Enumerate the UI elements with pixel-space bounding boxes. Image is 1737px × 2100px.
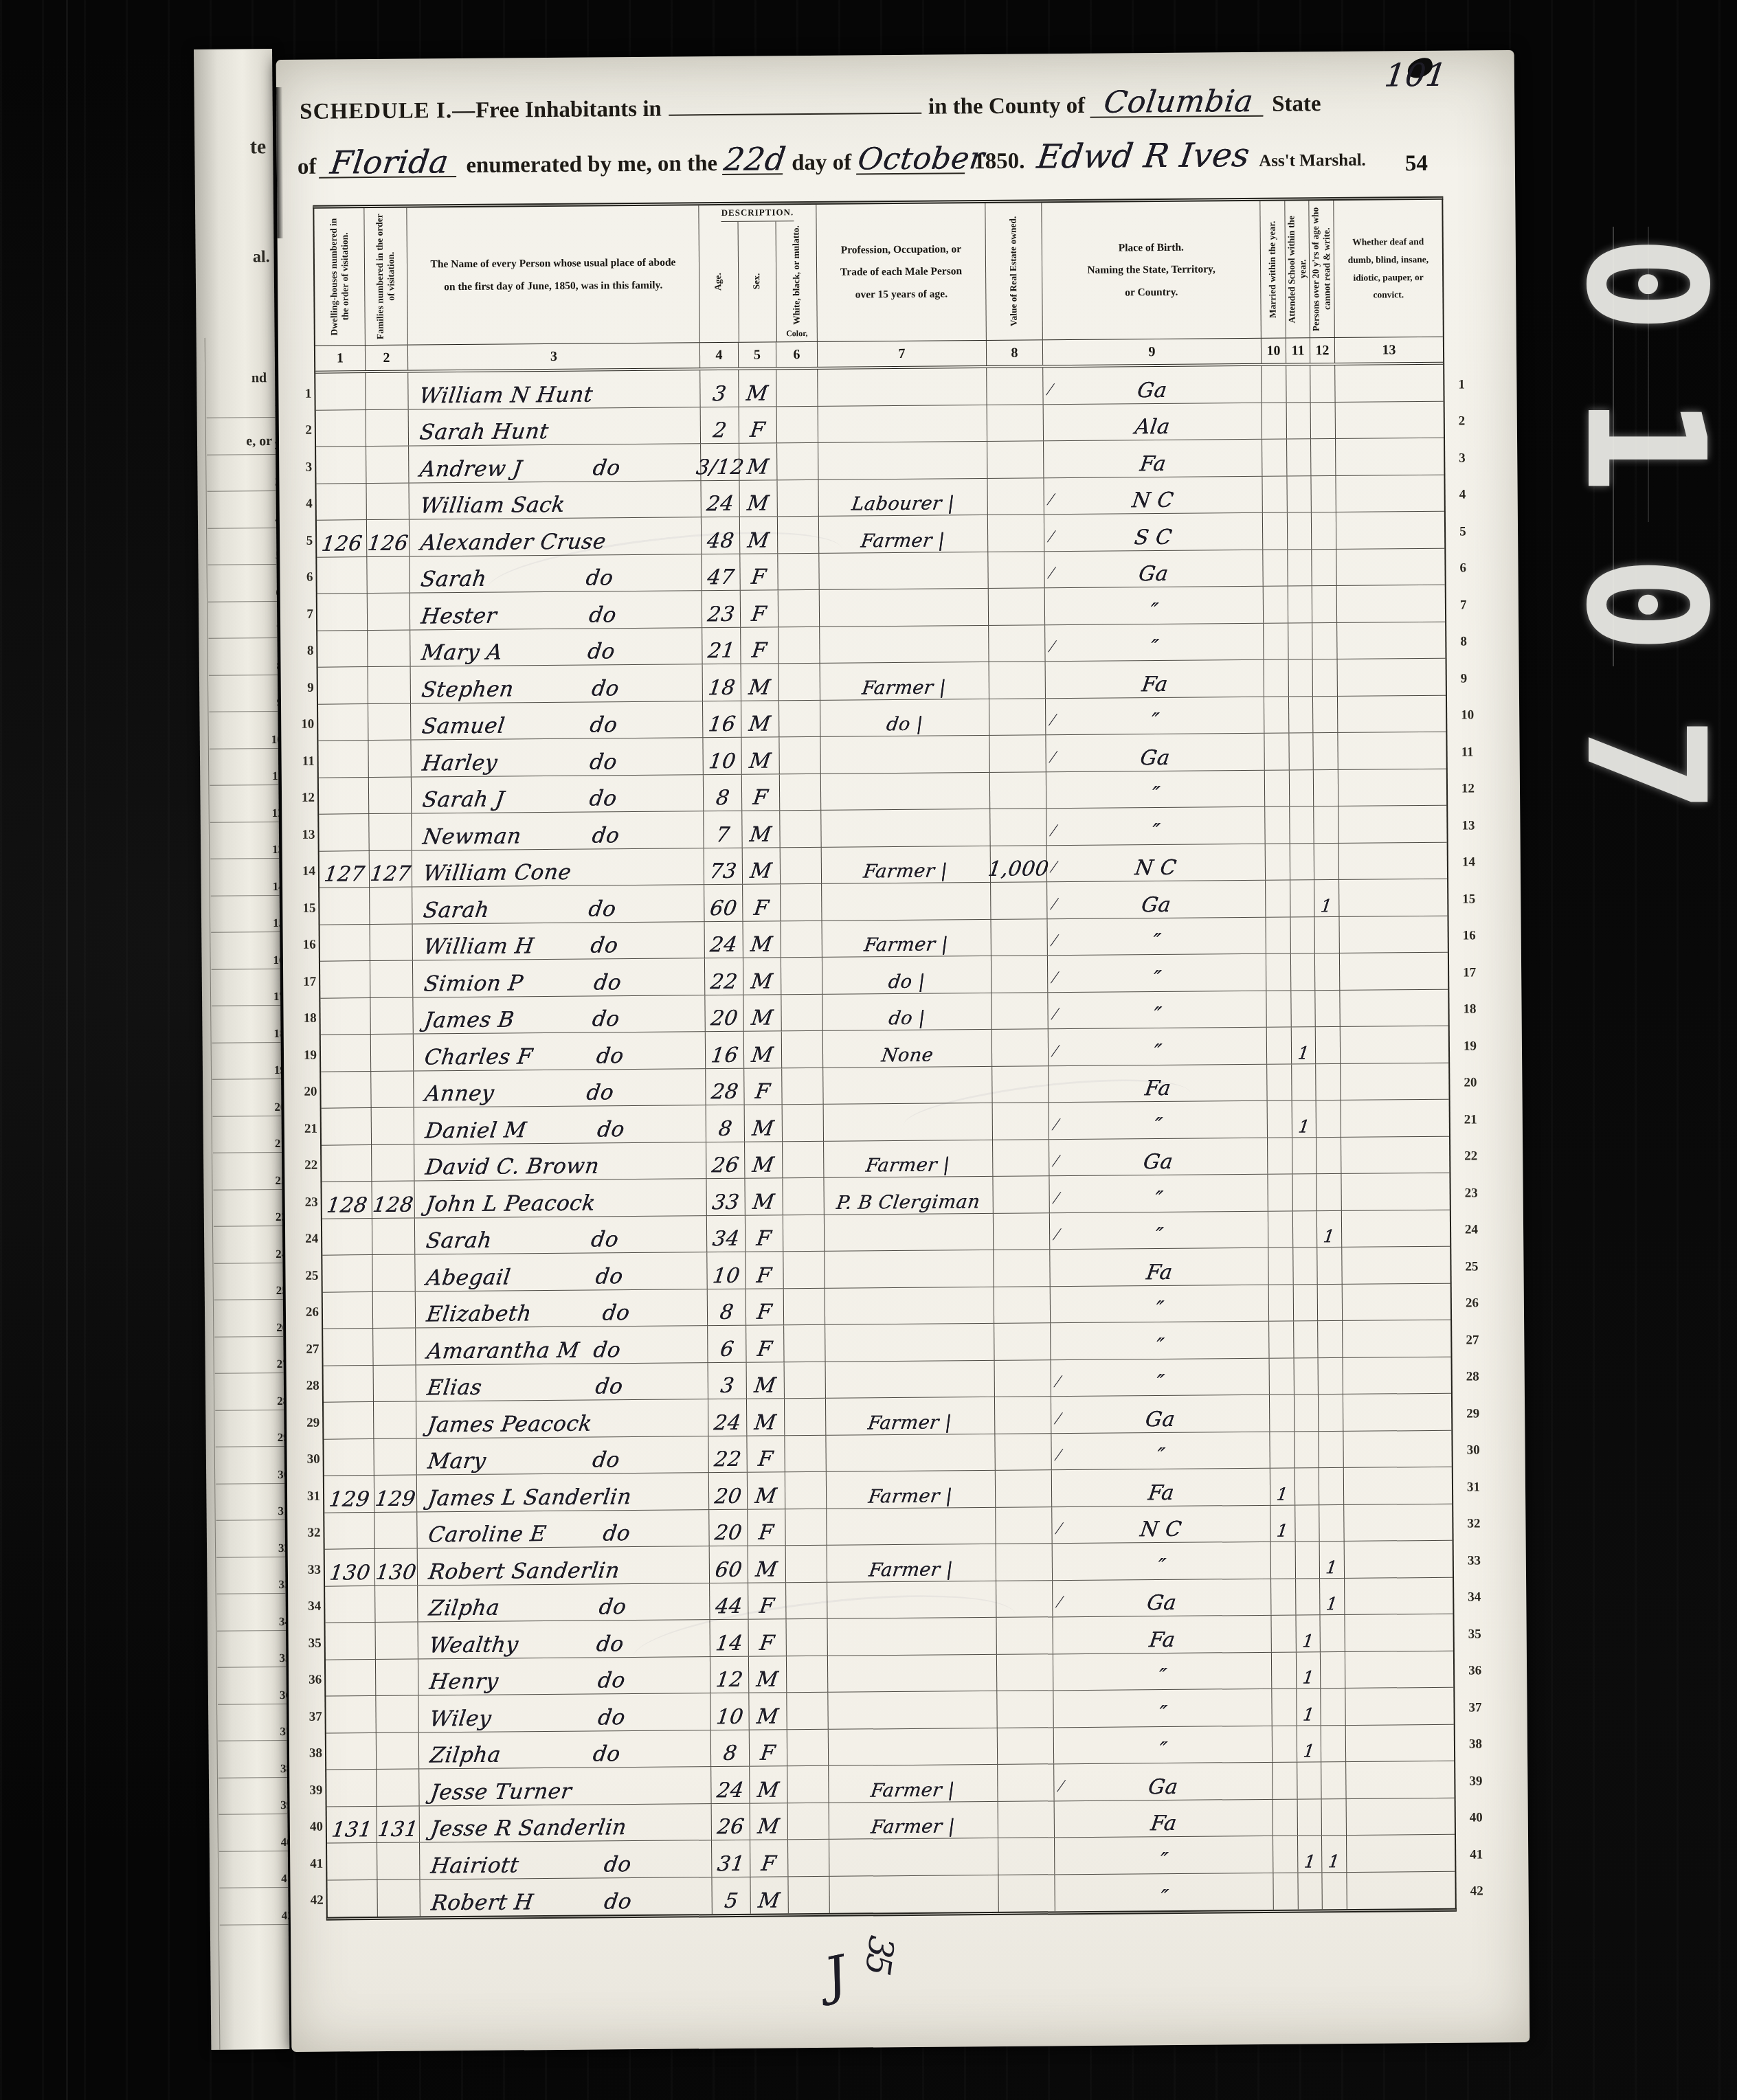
cell-color bbox=[779, 774, 820, 810]
printed-page-number: 54 bbox=[1405, 151, 1428, 177]
cell-birthplace: ⁄″ bbox=[1046, 807, 1264, 845]
cell-occupation bbox=[825, 1287, 994, 1324]
cell-attended-school bbox=[1287, 512, 1311, 549]
cell-family-number bbox=[368, 667, 410, 703]
cell-deaf-dumb-remarks bbox=[1346, 1835, 1455, 1872]
cell-attended-school bbox=[1295, 1505, 1319, 1542]
cell-family-number bbox=[376, 1770, 418, 1806]
column-header-dwelling-number: Dwelling-houses numbered in the order of… bbox=[314, 208, 365, 346]
cell-deaf-dumb-remarks bbox=[1346, 1798, 1455, 1835]
cell-color bbox=[781, 958, 822, 994]
description-label: DESCRIPTION. bbox=[721, 205, 794, 221]
cell-age: 6 bbox=[707, 1326, 746, 1362]
birthplace-tick: ⁄ bbox=[1055, 1188, 1059, 1208]
cell-family-number bbox=[373, 1365, 416, 1401]
cell-birthplace: ⁄Ga bbox=[1051, 1395, 1269, 1433]
cell-color bbox=[783, 1252, 824, 1288]
cell-name: William H do bbox=[412, 922, 704, 960]
strip-rule-line bbox=[210, 858, 279, 859]
cell-family-number bbox=[368, 814, 411, 850]
cell-married-within-year bbox=[1265, 844, 1290, 880]
cell-family-number bbox=[369, 888, 412, 924]
page-fragment-text: al. bbox=[253, 248, 270, 267]
cell-sex: F bbox=[746, 1436, 784, 1472]
cell-occupation: Farmer | bbox=[825, 1397, 994, 1434]
cell-attended-school bbox=[1290, 844, 1314, 880]
cell-real-estate-value bbox=[996, 1691, 1053, 1727]
cell-family-number bbox=[372, 1329, 415, 1365]
cell-deaf-dumb-remarks bbox=[1336, 622, 1445, 659]
row-number-left: 23 bbox=[294, 1180, 317, 1217]
cell-deaf-dumb-remarks bbox=[1340, 1026, 1448, 1063]
strip-rule-line bbox=[210, 821, 279, 822]
cell-married-within-year bbox=[1266, 1064, 1291, 1100]
cell-married-within-year bbox=[1269, 1432, 1294, 1468]
cell-family-number bbox=[368, 703, 410, 740]
strip-rule-line bbox=[213, 1188, 282, 1190]
cell-occupation bbox=[818, 442, 987, 479]
cell-cannot-read-write bbox=[1313, 770, 1338, 806]
cell-name: Amarantha M do bbox=[415, 1326, 707, 1364]
cell-color bbox=[778, 737, 820, 774]
cell-real-estate-value bbox=[989, 662, 1045, 698]
cell-real-estate-value bbox=[993, 1250, 1049, 1286]
schedule-title: SCHEDULE I.— bbox=[300, 98, 475, 125]
cell-age: 8 bbox=[706, 1105, 744, 1142]
row-number-right: 39 bbox=[1469, 1759, 1497, 1796]
cell-deaf-dumb-remarks bbox=[1344, 1614, 1453, 1651]
birthplace-tick: ⁄ bbox=[1050, 489, 1053, 510]
cell-name: John L Peacock bbox=[414, 1179, 706, 1217]
cell-family-number bbox=[375, 1696, 418, 1732]
cell-attended-school bbox=[1297, 1873, 1321, 1910]
row-number-left: 41 bbox=[300, 1842, 323, 1879]
cell-real-estate-value bbox=[987, 515, 1044, 551]
cell-age: 10 bbox=[706, 1252, 745, 1289]
cell-family-number bbox=[372, 1255, 414, 1291]
cell-attended-school bbox=[1286, 439, 1310, 475]
cell-name: Anney do bbox=[413, 1069, 705, 1107]
cell-occupation: P. B Clergiman bbox=[823, 1177, 992, 1214]
cell-sex: M bbox=[746, 1362, 784, 1399]
schedule-header-line2: of Florida enumerated by me, on the 22d … bbox=[298, 135, 1366, 182]
cell-dwelling-number bbox=[317, 557, 366, 594]
row-number-right: 33 bbox=[1468, 1538, 1495, 1575]
row-number-right: 2 bbox=[1459, 399, 1486, 436]
cell-real-estate-value bbox=[996, 1617, 1052, 1653]
cell-name: Zilpha do bbox=[417, 1583, 709, 1622]
cell-birthplace: ″ bbox=[1053, 1652, 1271, 1690]
strip-rule-line bbox=[214, 1262, 282, 1263]
cell-dwelling-number bbox=[326, 1770, 376, 1806]
cell-dwelling-number bbox=[324, 1513, 374, 1549]
birthplace-tick: ⁄ bbox=[1050, 563, 1053, 583]
right-row-numbers: 1234567891011121314151617181920212223242… bbox=[1458, 362, 1498, 1906]
cell-birthplace: ⁄″ bbox=[1047, 954, 1266, 992]
strip-rule-line bbox=[218, 1667, 287, 1668]
column-header-family-number: Families numbered in the order of visita… bbox=[363, 208, 407, 345]
cell-age: 31 bbox=[711, 1840, 750, 1877]
cell-dwelling-number bbox=[325, 1586, 374, 1623]
cell-name: Zilpha do bbox=[418, 1730, 710, 1769]
cell-color bbox=[784, 1399, 825, 1435]
cell-cannot-read-write bbox=[1312, 586, 1336, 622]
cell-married-within-year bbox=[1270, 1616, 1295, 1652]
cell-cannot-read-write bbox=[1316, 1138, 1341, 1174]
cell-real-estate-value bbox=[993, 1213, 1049, 1250]
row-number-left: 5 bbox=[289, 519, 313, 556]
cell-sex: F bbox=[740, 590, 778, 626]
birthplace-tick: ⁄ bbox=[1053, 930, 1057, 951]
cell-married-within-year bbox=[1266, 991, 1290, 1027]
cell-color bbox=[787, 1729, 828, 1765]
row-number-left: 38 bbox=[299, 1731, 322, 1768]
cell-age: 48 bbox=[701, 517, 739, 554]
cell-color bbox=[778, 626, 819, 663]
cell-real-estate-value bbox=[991, 956, 1047, 992]
cell-cannot-read-write bbox=[1316, 1100, 1341, 1137]
cell-attended-school: 1 bbox=[1291, 1027, 1315, 1063]
cell-age: 34 bbox=[706, 1215, 745, 1252]
cell-sex: M bbox=[744, 1142, 782, 1178]
cell-age: 60 bbox=[704, 885, 742, 921]
cell-occupation bbox=[827, 1581, 996, 1618]
cell-color bbox=[785, 1546, 827, 1582]
cell-family-number: 127 bbox=[369, 850, 412, 887]
cell-married-within-year bbox=[1264, 660, 1288, 697]
row-number-left: 12 bbox=[291, 776, 315, 813]
column-number: 7 bbox=[817, 341, 986, 367]
cell-deaf-dumb-remarks bbox=[1345, 1688, 1453, 1725]
birthplace-tick: ⁄ bbox=[1051, 710, 1055, 730]
cell-name: Andrew J do bbox=[408, 444, 700, 482]
row-number-right: 15 bbox=[1462, 877, 1490, 914]
cell-occupation bbox=[829, 1875, 998, 1912]
cell-occupation bbox=[818, 552, 987, 589]
column-number: 1 bbox=[315, 346, 365, 371]
row-number-right: 17 bbox=[1463, 950, 1490, 987]
strip-rule-line bbox=[218, 1740, 287, 1741]
row-number-right: 23 bbox=[1464, 1171, 1492, 1208]
strip-rule-line bbox=[214, 1335, 283, 1337]
cell-birthplace: ″ bbox=[1050, 1285, 1268, 1322]
cell-deaf-dumb-remarks bbox=[1335, 438, 1444, 475]
cell-dwelling-number: 128 bbox=[322, 1182, 371, 1218]
cell-family-number bbox=[371, 1144, 414, 1181]
cell-dwelling-number bbox=[327, 1843, 377, 1879]
cell-real-estate-value bbox=[997, 1764, 1053, 1800]
cell-color bbox=[781, 921, 822, 957]
month-handwritten: October bbox=[856, 145, 969, 174]
cell-married-within-year: 1 bbox=[1270, 1469, 1295, 1505]
cell-color bbox=[783, 1215, 824, 1251]
cell-color bbox=[785, 1619, 827, 1656]
cell-age: 22 bbox=[708, 1436, 746, 1472]
cell-sex: M bbox=[741, 737, 778, 774]
strip-row-number: 36 bbox=[280, 1688, 290, 1702]
cell-birthplace: ⁄″ bbox=[1051, 1358, 1269, 1396]
cell-real-estate-value bbox=[992, 1140, 1049, 1176]
row-number-right: 7 bbox=[1460, 583, 1488, 620]
row-number-left: 22 bbox=[294, 1143, 317, 1180]
cell-birthplace: ⁄″ bbox=[1049, 1211, 1268, 1249]
day-handwritten: 22d bbox=[722, 145, 787, 175]
strip-rule-line bbox=[217, 1629, 286, 1631]
cell-deaf-dumb-remarks bbox=[1342, 1320, 1450, 1357]
row-number-right: 16 bbox=[1462, 914, 1490, 951]
row-number-left: 1 bbox=[288, 372, 311, 409]
cell-dwelling-number: 129 bbox=[324, 1476, 374, 1512]
cell-name: Caroline E do bbox=[416, 1510, 708, 1548]
row-number-left: 31 bbox=[297, 1474, 320, 1511]
cell-attended-school: 1 bbox=[1295, 1615, 1319, 1651]
cell-family-number: 131 bbox=[377, 1806, 419, 1842]
cell-cannot-read-write bbox=[1320, 1689, 1345, 1725]
row-number-right: 10 bbox=[1461, 693, 1488, 730]
cell-deaf-dumb-remarks bbox=[1336, 548, 1444, 585]
cell-dwelling-number bbox=[323, 1329, 372, 1365]
cell-sex: M bbox=[742, 848, 780, 884]
cell-name: Wealthy do bbox=[418, 1620, 710, 1658]
cell-real-estate-value bbox=[994, 1360, 1051, 1397]
strip-rule-line bbox=[217, 1593, 286, 1594]
row-number-right: 9 bbox=[1461, 656, 1488, 693]
cell-cannot-read-write bbox=[1319, 1468, 1343, 1504]
cell-birthplace: ⁄Ga bbox=[1042, 366, 1261, 404]
marshal-signature-handwritten: Edwd R Ives bbox=[1035, 136, 1252, 176]
row-number-right: 13 bbox=[1461, 803, 1489, 840]
state-label: State bbox=[1272, 91, 1321, 117]
row-number-right: 26 bbox=[1466, 1281, 1493, 1318]
cell-attended-school: 1 bbox=[1297, 1836, 1321, 1872]
cell-sex: F bbox=[742, 884, 780, 921]
cell-age: 22 bbox=[704, 958, 743, 995]
cell-dwelling-number bbox=[317, 594, 367, 630]
row-number-left: 21 bbox=[294, 1107, 317, 1144]
cell-real-estate-value bbox=[990, 919, 1046, 956]
cell-married-within-year bbox=[1268, 1211, 1292, 1247]
cell-name: Elias do bbox=[416, 1363, 708, 1401]
row-number-right: 27 bbox=[1466, 1318, 1493, 1355]
cell-dwelling-number bbox=[320, 888, 369, 924]
schedule-subtitle: Free Inhabitants in bbox=[475, 97, 662, 124]
cell-deaf-dumb-remarks bbox=[1344, 1577, 1453, 1614]
cell-name: Harley do bbox=[410, 738, 702, 776]
cell-cannot-read-write bbox=[1316, 1247, 1341, 1284]
strip-rule-line bbox=[216, 1520, 285, 1521]
cell-deaf-dumb-remarks bbox=[1341, 1100, 1449, 1137]
cell-married-within-year bbox=[1269, 1395, 1294, 1432]
birthplace-tick: ⁄ bbox=[1060, 1776, 1063, 1796]
census-table: Dwelling-houses numbered in the order of… bbox=[313, 196, 1457, 1921]
cell-name: William Sack bbox=[408, 481, 700, 519]
cell-cannot-read-write bbox=[1312, 697, 1337, 733]
cell-cannot-read-write bbox=[1318, 1431, 1343, 1467]
cell-occupation bbox=[820, 809, 989, 846]
cell-married-within-year bbox=[1268, 1248, 1292, 1285]
cell-age: 23 bbox=[702, 591, 740, 627]
cell-sex: M bbox=[743, 1031, 781, 1068]
cell-married-within-year bbox=[1268, 1322, 1293, 1358]
cell-real-estate-value bbox=[997, 1728, 1053, 1764]
cell-birthplace: ⁄″ bbox=[1046, 917, 1265, 955]
birthplace-tick: ⁄ bbox=[1051, 636, 1054, 657]
strip-rule-line bbox=[220, 1923, 289, 1925]
cell-birthplace: Fa bbox=[1049, 1248, 1268, 1286]
cell-age: 24 bbox=[704, 921, 743, 958]
cell-cannot-read-write bbox=[1311, 550, 1336, 586]
row-number-right: 25 bbox=[1465, 1244, 1492, 1281]
cell-deaf-dumb-remarks bbox=[1343, 1430, 1451, 1467]
cell-deaf-dumb-remarks bbox=[1345, 1761, 1454, 1798]
cell-occupation bbox=[824, 1213, 993, 1250]
strip-row-number: 42 bbox=[282, 1908, 290, 1922]
row-number-left: 2 bbox=[289, 408, 312, 445]
cell-color bbox=[784, 1362, 825, 1398]
cell-occupation bbox=[829, 1838, 998, 1875]
row-number-left: 35 bbox=[298, 1621, 321, 1658]
cell-sex: M bbox=[743, 958, 781, 994]
blank-locality-line bbox=[669, 102, 921, 116]
row-number-right: 37 bbox=[1468, 1685, 1496, 1722]
cell-cannot-read-write bbox=[1319, 1615, 1344, 1651]
cell-age: 73 bbox=[704, 848, 742, 884]
cell-occupation bbox=[828, 1728, 997, 1765]
cell-cannot-read-write bbox=[1314, 844, 1338, 880]
cell-color bbox=[776, 479, 818, 516]
cell-name: Robert H do bbox=[419, 1877, 711, 1917]
cell-attended-school bbox=[1290, 880, 1314, 916]
cell-deaf-dumb-remarks bbox=[1341, 1173, 1449, 1210]
cell-name: James L Sanderlin bbox=[416, 1473, 708, 1511]
cell-color bbox=[778, 590, 819, 626]
strip-rule-line bbox=[219, 1887, 288, 1888]
cell-age: 14 bbox=[709, 1620, 748, 1656]
cell-family-number bbox=[375, 1659, 418, 1695]
cell-cannot-read-write: 1 bbox=[1316, 1210, 1341, 1247]
cell-married-within-year bbox=[1272, 1726, 1297, 1762]
cell-married-within-year bbox=[1264, 770, 1289, 806]
cell-color bbox=[779, 811, 820, 847]
cell-sex: M bbox=[741, 701, 778, 737]
row-number-left: 24 bbox=[295, 1217, 318, 1254]
cell-family-number bbox=[374, 1512, 416, 1548]
cell-real-estate-value bbox=[987, 441, 1043, 477]
cell-real-estate-value bbox=[991, 1029, 1048, 1065]
cell-color bbox=[785, 1472, 826, 1509]
row-number-right: 24 bbox=[1465, 1208, 1492, 1245]
cell-family-number bbox=[368, 741, 410, 777]
strip-rule-line bbox=[210, 747, 278, 749]
cell-sex: M bbox=[744, 1105, 782, 1141]
strip-rule-line bbox=[212, 1079, 281, 1080]
cell-cannot-read-write bbox=[1318, 1395, 1343, 1431]
strip-rule-line bbox=[210, 784, 278, 786]
cell-real-estate-value bbox=[995, 1470, 1051, 1506]
strip-rule-line bbox=[209, 711, 278, 712]
cell-occupation bbox=[825, 1324, 994, 1361]
cell-attended-school bbox=[1288, 586, 1312, 622]
cell-dwelling-number bbox=[327, 1880, 377, 1917]
cell-color bbox=[784, 1435, 825, 1471]
cell-sex: M bbox=[749, 1766, 787, 1803]
cell-family-number bbox=[372, 1291, 415, 1328]
strip-rule-line bbox=[216, 1482, 284, 1484]
page-fragment-text: nd bbox=[251, 370, 267, 386]
cell-attended-school bbox=[1292, 1211, 1316, 1247]
cell-color bbox=[776, 443, 818, 479]
row-number-left: 16 bbox=[293, 923, 316, 960]
cell-real-estate-value bbox=[994, 1323, 1050, 1359]
cell-deaf-dumb-remarks bbox=[1335, 401, 1444, 438]
cell-occupation: do | bbox=[820, 699, 989, 736]
strip-row-number: 40 bbox=[281, 1835, 290, 1849]
cell-cannot-read-write bbox=[1310, 403, 1335, 439]
cell-sex: F bbox=[747, 1509, 785, 1546]
cell-color bbox=[783, 1325, 825, 1362]
row-number-left: 26 bbox=[295, 1290, 319, 1327]
birthplace-tick: ⁄ bbox=[1053, 894, 1056, 914]
cell-name: Sarah do bbox=[414, 1216, 706, 1254]
cell-dwelling-number: 131 bbox=[327, 1807, 377, 1843]
row-number-right: 42 bbox=[1470, 1869, 1497, 1906]
cell-name: Sarah do bbox=[409, 554, 701, 593]
cell-cannot-read-write: 1 bbox=[1321, 1836, 1346, 1872]
cell-dwelling-number bbox=[317, 631, 367, 667]
cell-sex: M bbox=[739, 480, 776, 517]
cell-deaf-dumb-remarks bbox=[1345, 1724, 1454, 1761]
cell-deaf-dumb-remarks bbox=[1343, 1357, 1451, 1394]
cell-cannot-read-write bbox=[1321, 1725, 1345, 1761]
cell-deaf-dumb-remarks bbox=[1336, 585, 1445, 622]
cell-occupation bbox=[827, 1654, 996, 1691]
strip-rule-line bbox=[212, 968, 280, 969]
marshal-title: Ass't Marshal. bbox=[1259, 151, 1366, 171]
column-number: 13 bbox=[1334, 337, 1443, 363]
cell-family-number bbox=[366, 483, 408, 519]
cell-birthplace: Fa bbox=[1054, 1799, 1273, 1837]
birthplace-tick: ⁄ bbox=[1057, 1445, 1061, 1465]
column-number: 11 bbox=[1286, 338, 1310, 363]
cell-deaf-dumb-remarks bbox=[1339, 989, 1448, 1026]
cell-dwelling-number bbox=[326, 1733, 376, 1770]
cell-attended-school bbox=[1289, 770, 1313, 806]
cell-birthplace: ⁄Ga bbox=[1046, 881, 1265, 918]
birthplace-tick: ⁄ bbox=[1055, 1114, 1058, 1135]
cell-married-within-year bbox=[1267, 1101, 1292, 1138]
cell-attended-school bbox=[1295, 1542, 1319, 1578]
cell-cannot-read-write: 1 bbox=[1319, 1542, 1344, 1578]
strip-rule-line bbox=[218, 1814, 287, 1815]
cell-name: Jesse R Sanderlin bbox=[419, 1804, 711, 1842]
cell-cannot-read-write bbox=[1319, 1504, 1343, 1541]
row-number-left: 25 bbox=[295, 1254, 318, 1291]
cell-birthplace: ⁄″ bbox=[1049, 1175, 1267, 1212]
cell-family-number: 128 bbox=[371, 1182, 414, 1218]
cell-attended-school: 1 bbox=[1297, 1726, 1321, 1762]
cell-name: Mary A do bbox=[410, 628, 702, 666]
cell-color bbox=[785, 1582, 827, 1618]
cell-attended-school bbox=[1290, 917, 1314, 953]
cell-family-number bbox=[366, 447, 408, 483]
cell-deaf-dumb-remarks bbox=[1346, 1871, 1455, 1909]
cell-deaf-dumb-remarks bbox=[1338, 769, 1446, 806]
cell-attended-school bbox=[1294, 1395, 1318, 1431]
cell-sex: M bbox=[747, 1472, 785, 1509]
strip-rule-line bbox=[219, 1850, 288, 1851]
cell-real-estate-value bbox=[989, 809, 1046, 845]
cell-family-number bbox=[368, 777, 411, 813]
